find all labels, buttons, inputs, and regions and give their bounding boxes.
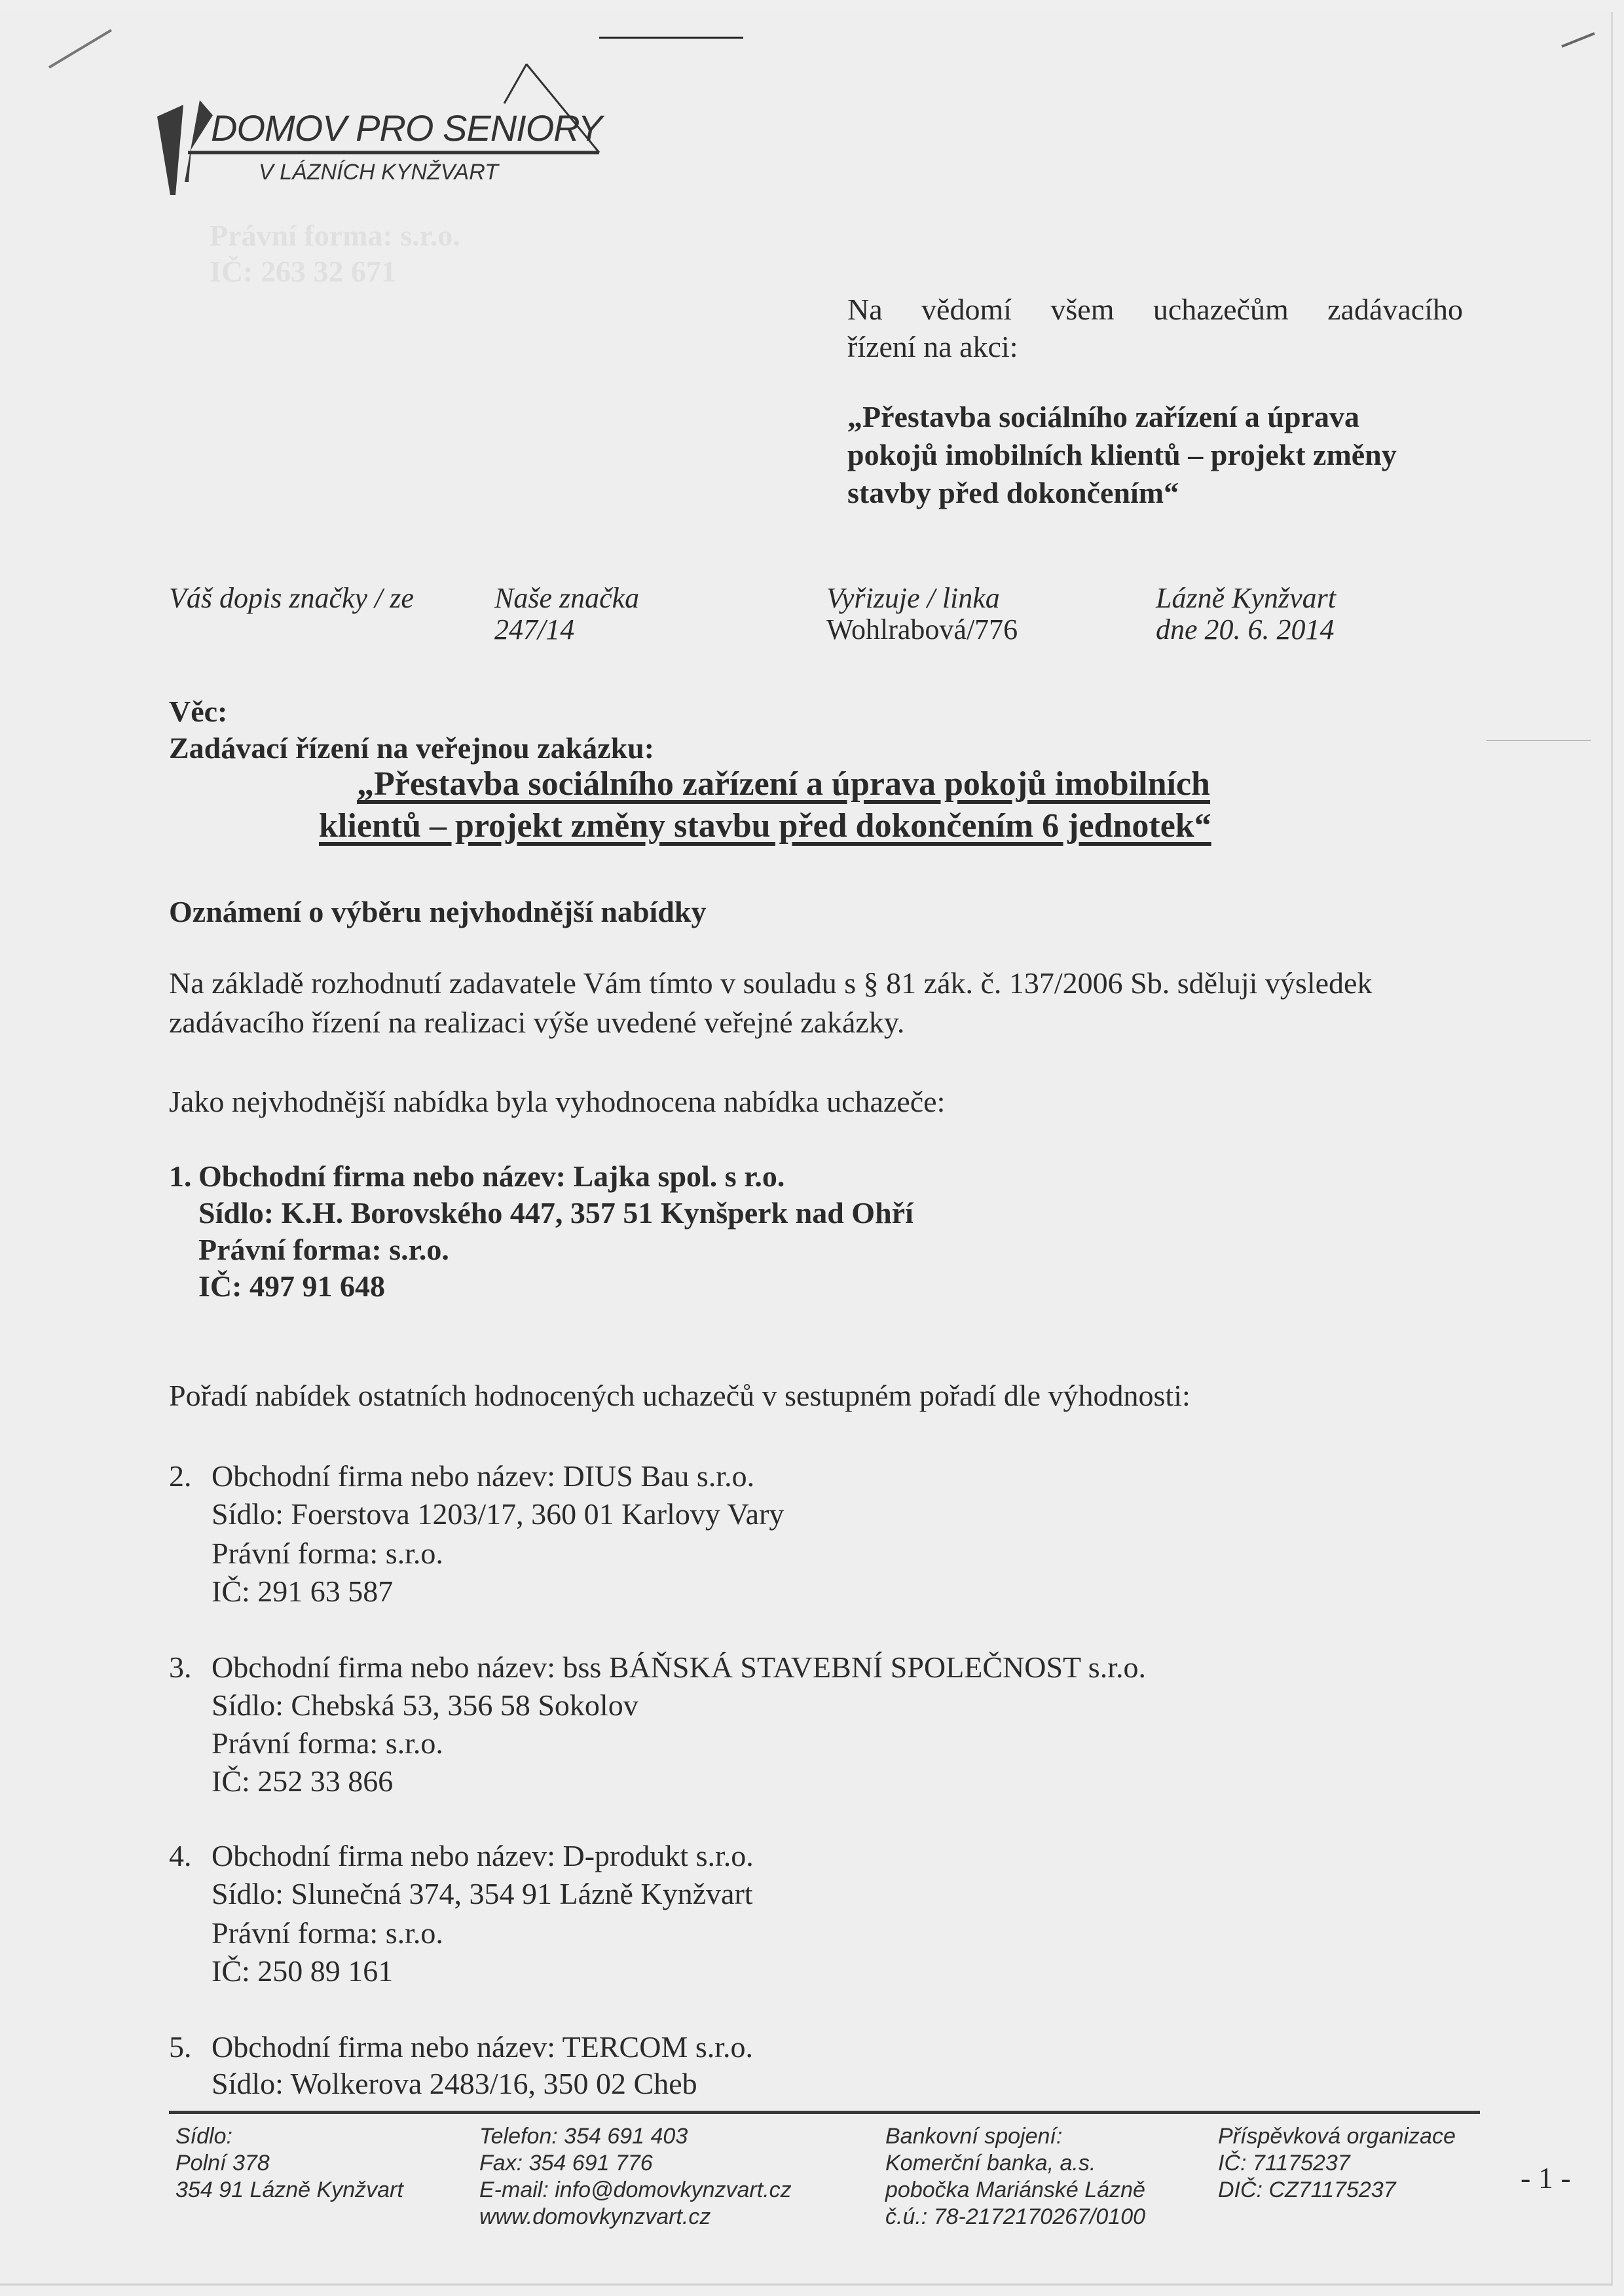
top-rule xyxy=(599,37,743,39)
bidder-name: Obchodní firma nebo název: bss BÁŇSKÁ ST… xyxy=(212,1649,1146,1686)
org-subtitle: V LÁZNÍCH KYNŽVART xyxy=(259,160,498,185)
winner-name: Obchodní firma nebo název: Lajka spol. s… xyxy=(198,1157,784,1195)
footer-email[interactable]: E-mail: info@domovkynzvart.cz xyxy=(479,2177,792,2204)
bidder-seat: Sídlo: Foerstova 1203/17, 360 01 Karlovy… xyxy=(212,1495,784,1533)
footer-line: pobočka Mariánské Lázně xyxy=(885,2177,1145,2204)
footer-line: Příspěvková organizace xyxy=(1218,2123,1456,2150)
page-number: - 1 - xyxy=(1521,2160,1571,2195)
show-through-line: IČ: 263 32 671 xyxy=(210,254,396,289)
bidder-number: 3. xyxy=(169,1649,192,1686)
bidder-form: Právní forma: s.r.o. xyxy=(212,1914,443,1952)
bidder-form: Právní forma: s.r.o. xyxy=(212,1535,443,1573)
winner-seat: Sídlo: K.H. Borovského 447, 357 51 Kynšp… xyxy=(198,1194,913,1232)
notice-heading: Oznámení o výběru nejvhodnější nabídky xyxy=(169,894,706,929)
winner-intro: Jako nejvhodnější nabídka byla vyhodnoce… xyxy=(169,1083,945,1121)
our-ref-label: Naše značka xyxy=(494,581,639,615)
action-title-line: pokojů imobilních klientů – projekt změn… xyxy=(847,436,1397,474)
footer-rule xyxy=(169,2111,1480,2114)
footer-address: Sídlo: Polní 378 354 91 Lázně Kynžvart xyxy=(175,2123,403,2204)
footer-line: č.ú.: 78-2172170267/0100 xyxy=(885,2204,1145,2231)
action-title-line: stavby před dokončením“ xyxy=(847,474,1397,512)
bidder-ic: IČ: 252 33 866 xyxy=(212,1762,393,1800)
footer-website[interactable]: www.domovkynzvart.cz xyxy=(479,2204,792,2231)
footer-phone: Telefon: 354 691 403 xyxy=(479,2123,792,2150)
bidder-number: 2. xyxy=(169,1457,192,1495)
bidder-seat: Sídlo: Slunečná 374, 354 91 Lázně Kynžva… xyxy=(212,1875,753,1913)
others-intro: Pořadí nabídek ostatních hodnocených uch… xyxy=(169,1377,1190,1415)
our-ref-value: 247/14 xyxy=(494,613,574,646)
bidder-form: Právní forma: s.r.o. xyxy=(212,1724,443,1762)
bidder-name: Obchodní firma nebo název: TERCOM s.r.o. xyxy=(212,2028,753,2066)
show-through-line: Právní forma: s.r.o. xyxy=(210,218,460,253)
scan-mark-top-left xyxy=(46,25,118,71)
action-title: „Přestavba sociálního zařízení a úprava … xyxy=(847,398,1397,512)
footer-line: Komerční banka, a.s. xyxy=(885,2150,1145,2177)
footer-bank: Bankovní spojení: Komerční banka, a.s. p… xyxy=(885,2123,1145,2231)
handled-by-label: Vyřizuje / linka xyxy=(826,581,1000,615)
bidder-name: Obchodní firma nebo název: D-produkt s.r… xyxy=(212,1837,754,1875)
document-page: DOMOV PRO SENIORY V LÁZNÍCH KYNŽVART Prá… xyxy=(0,12,1613,2286)
date-value: dne 20. 6. 2014 xyxy=(1156,613,1335,646)
footer-line: IČ: 71175237 xyxy=(1218,2150,1456,2177)
winner-ic: IČ: 497 91 648 xyxy=(198,1267,385,1305)
footer-line: Polní 378 xyxy=(175,2150,403,2177)
footer-org: Příspěvková organizace IČ: 71175237 DIČ:… xyxy=(1218,2123,1456,2204)
org-name: DOMOV PRO SENIORY xyxy=(211,107,602,149)
bidder-ic: IČ: 291 63 587 xyxy=(212,1573,393,1611)
handled-by-value: Wohlrabová/776 xyxy=(826,613,1018,646)
footer-fax: Fax: 354 691 776 xyxy=(479,2150,792,2177)
addressee-line-2: řízení na akci: xyxy=(847,329,1018,364)
winner-number: 1. xyxy=(169,1157,192,1195)
addressee-line-1: Na vědomí všem uchazečům zadávacího xyxy=(847,290,1463,329)
bidder-number: 4. xyxy=(169,1837,192,1875)
your-letter-label: Váš dopis značky / ze xyxy=(169,581,414,615)
place-label: Lázně Kynžvart xyxy=(1156,581,1336,615)
contract-title-line: klientů – projekt změny stavbu před doko… xyxy=(319,807,1211,845)
action-title-line: „Přestavba sociálního zařízení a úprava xyxy=(847,398,1397,436)
footer-line: DIČ: CZ71175237 xyxy=(1218,2177,1456,2204)
footer-line: Sídlo: xyxy=(175,2123,403,2150)
footer-line: 354 91 Lázně Kynžvart xyxy=(175,2177,403,2204)
footer-contact: Telefon: 354 691 403 Fax: 354 691 776 E-… xyxy=(479,2123,792,2231)
intro-line: Na základě rozhodnutí zadavatele Vám tím… xyxy=(169,964,1372,1002)
bidder-seat: Sídlo: Chebská 53, 356 58 Sokolov xyxy=(212,1686,638,1724)
bidder-seat: Sídlo: Wolkerova 2483/16, 350 02 Cheb xyxy=(212,2065,697,2103)
side-rule xyxy=(1486,740,1591,741)
subject-label: Věc: xyxy=(169,694,227,729)
subject-line: Zadávací řízení na veřejnou zakázku: xyxy=(169,731,654,765)
bidder-name: Obchodní firma nebo název: DIUS Bau s.r.… xyxy=(212,1457,754,1495)
footer-line: Bankovní spojení: xyxy=(885,2123,1145,2150)
intro-line: zadávacího řízení na realizaci výše uved… xyxy=(169,1004,904,1042)
scan-mark-top-right xyxy=(1559,30,1598,50)
bidder-ic: IČ: 250 89 161 xyxy=(212,1952,393,1990)
winner-form: Právní forma: s.r.o. xyxy=(198,1231,449,1269)
contract-title-line: „Přestavba sociálního zařízení a úprava … xyxy=(357,765,1210,803)
bidder-number: 5. xyxy=(169,2028,192,2066)
